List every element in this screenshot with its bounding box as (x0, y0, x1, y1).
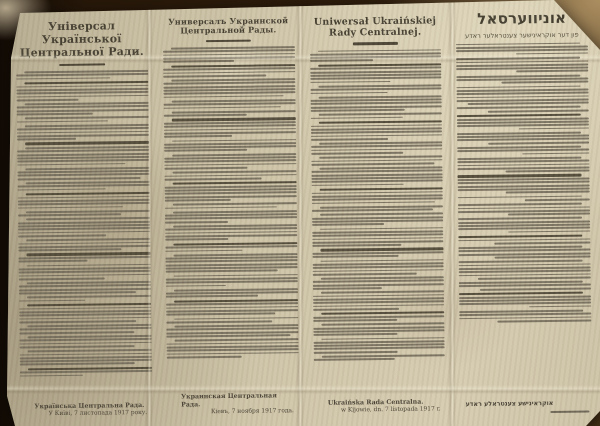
column-body-text (162, 45, 300, 392)
column-polish: Uniwersał Ukraińskiej Rady Centralnej. U… (308, 7, 447, 420)
signature-line: Украинская Центральная Рада. (168, 392, 298, 410)
column-header: Універсал Української Центральної Ради. (17, 20, 147, 60)
paper-wrap: Універсал Української Центральної Ради. … (0, 0, 600, 426)
column-footer: Украинская Центральная Рада. Кіевъ, 7 но… (166, 390, 300, 422)
date-line: Кіевъ, 7 ноября 1917 года. (168, 408, 298, 417)
column-russian: Универсалъ Украинской Центральной Рады. … (161, 9, 300, 422)
opening-line (59, 63, 104, 66)
column-subheader: פון דער אוקראינישער צענטראלער ראדע (455, 30, 589, 40)
column-header: Универсалъ Украинской Центральной Рады. (163, 16, 293, 36)
column-header: אוניווערסאל (457, 10, 587, 29)
column-ukrainian: Універсал Української Центральної Ради. … (15, 11, 154, 424)
column-footer: Ukraińska Rada Centralna. w Kijowie, dn.… (313, 396, 447, 419)
column-footer: Українська Центральна Рада. У Київі, 7 л… (19, 400, 153, 423)
date-line (551, 411, 590, 413)
opening-line (206, 40, 251, 43)
poster-paper: Універсал Української Центральної Ради. … (0, 0, 600, 426)
columns-container: Універсал Української Центральної Ради. … (15, 6, 594, 424)
column-yiddish: אוניווערסאל פון דער אוקראינישער צענטראלע… (455, 6, 594, 419)
signature-line: אוקראינישע צענטראלע ראדע (462, 400, 592, 410)
poster-photograph: Універсал Української Центральної Ради. … (0, 0, 600, 426)
date-line: w Kijowie, dn. 7 listopada 1917 r. (315, 407, 445, 416)
column-header: Uniwersał Ukraińskiej Rady Centralnej. (310, 15, 440, 39)
column-body-text (15, 69, 153, 402)
column-footer: אוקראינישע צענטראלע ראדע (460, 398, 594, 418)
date-line: У Київі, 7 листопада 1917 року. (21, 410, 151, 419)
column-body-text (308, 48, 446, 398)
opening-line (353, 42, 398, 45)
column-body-text (455, 41, 593, 399)
